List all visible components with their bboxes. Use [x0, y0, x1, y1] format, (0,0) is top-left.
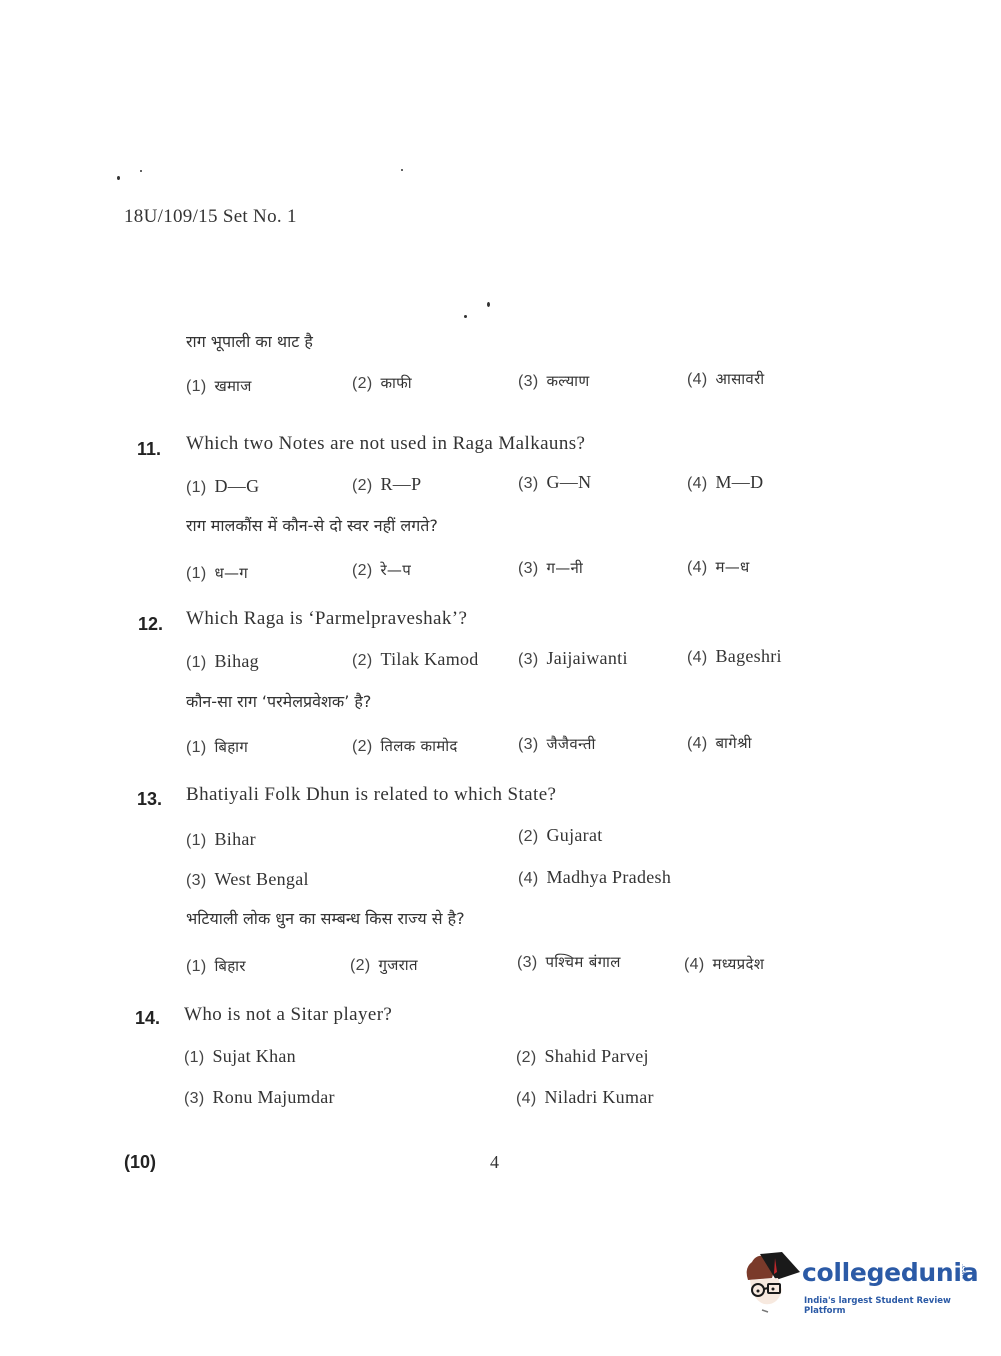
question-13-hindi-option-2: (2)गुजरात — [350, 955, 418, 975]
question-12-hindi-option-4: (4)बागेश्री — [687, 733, 752, 753]
question-14-text: Who is not a Sitar player? — [184, 1004, 392, 1026]
question-11-hindi-option-3: (3)ग—नी — [518, 558, 583, 578]
question-12-option-2: (2)Tilak Kamod — [352, 649, 479, 670]
question-11-text: Which two Notes are not used in Raga Mal… — [186, 433, 585, 455]
question-10-option-4: (4)आसावरी — [687, 369, 764, 389]
brand-domain-suffix: .com — [960, 1264, 967, 1279]
question-12-hindi-option-2: (2)तिलक कामोद — [352, 736, 458, 756]
question-10-hindi-text: राग भूपाली का थाट है — [186, 330, 313, 352]
question-14-option-3: (3)Ronu Majumdar — [184, 1087, 335, 1108]
question-11-hindi-option-1: (1)ध—ग — [186, 563, 248, 583]
question-12-option-4: (4)Bageshri — [687, 646, 782, 667]
paper-code: 18U/109/15 Set No. 1 — [124, 206, 297, 228]
question-12-option-1: (1)Bihag — [186, 651, 259, 672]
question-12-hindi-option-3: (3)जैजैवन्ती — [518, 734, 596, 754]
question-12-hindi-option-1: (1)बिहाग — [186, 737, 248, 757]
question-12-option-3: (3)Jaijaiwanti — [518, 648, 628, 669]
question-11-hindi-option-4: (4)म—ध — [687, 557, 750, 577]
question-11-option-4: (4)M—D — [687, 472, 763, 493]
question-13-hindi-option-1: (1)बिहार — [186, 956, 246, 976]
question-11-hindi-option-2: (2)रे—प — [352, 560, 411, 580]
question-13-text: Bhatiyali Folk Dhun is related to which … — [186, 784, 556, 806]
question-13-option-4: (4)Madhya Pradesh — [518, 867, 671, 888]
question-14-number: 14. — [135, 1008, 160, 1029]
question-11-option-2: (2)R—P — [352, 474, 421, 495]
question-14-option-4: (4)Niladri Kumar — [516, 1087, 654, 1108]
scan-speck — [401, 169, 403, 171]
question-11-option-3: (3)G—N — [518, 472, 591, 493]
question-13-hindi-option-4: (4)मध्यप्रदेश — [684, 954, 764, 974]
question-12-hindi-text: कौन-सा राग ‘परमेलप्रवेशक’ है? — [186, 690, 371, 712]
brand-tagline: India's largest Student Review Platform — [804, 1296, 972, 1316]
page-number: 4 — [490, 1152, 499, 1173]
question-13-hindi-option-3: (3)पश्चिम बंगाल — [517, 952, 621, 972]
collegedunia-logo: collegedunia .com India's largest Studen… — [742, 1250, 972, 1320]
question-10-option-3: (3)कल्याण — [518, 371, 589, 391]
scan-speck — [464, 315, 467, 318]
question-14-option-2: (2)Shahid Parvej — [516, 1046, 649, 1067]
question-12-number: 12. — [138, 614, 163, 635]
mascot-icon — [742, 1250, 804, 1316]
question-13-hindi-text: भटियाली लोक धुन का सम्बन्ध किस राज्य से … — [186, 907, 465, 929]
question-10-option-2: (2)काफी — [352, 373, 412, 393]
question-11-hindi-text: राग मालकौंस में कौन-से दो स्वर नहीं लगते… — [186, 514, 438, 536]
question-13-option-1: (1)Bihar — [186, 829, 256, 850]
question-13-option-2: (2)Gujarat — [518, 825, 603, 846]
scan-speck — [140, 170, 142, 172]
question-10-option-1: (1)खमाज — [186, 376, 252, 396]
question-12-text: Which Raga is ‘Parmelpraveshak’? — [186, 608, 467, 630]
scan-speck — [117, 176, 120, 180]
question-14-option-1: (1)Sujat Khan — [184, 1046, 296, 1067]
question-11-number: 11. — [137, 439, 161, 460]
scan-speck — [487, 302, 490, 307]
marks-label: (10) — [124, 1152, 156, 1173]
question-13-option-3: (3)West Bengal — [186, 869, 309, 890]
question-11-option-1: (1)D—G — [186, 476, 259, 497]
question-13-number: 13. — [137, 789, 162, 810]
brand-name: collegedunia — [802, 1258, 978, 1287]
